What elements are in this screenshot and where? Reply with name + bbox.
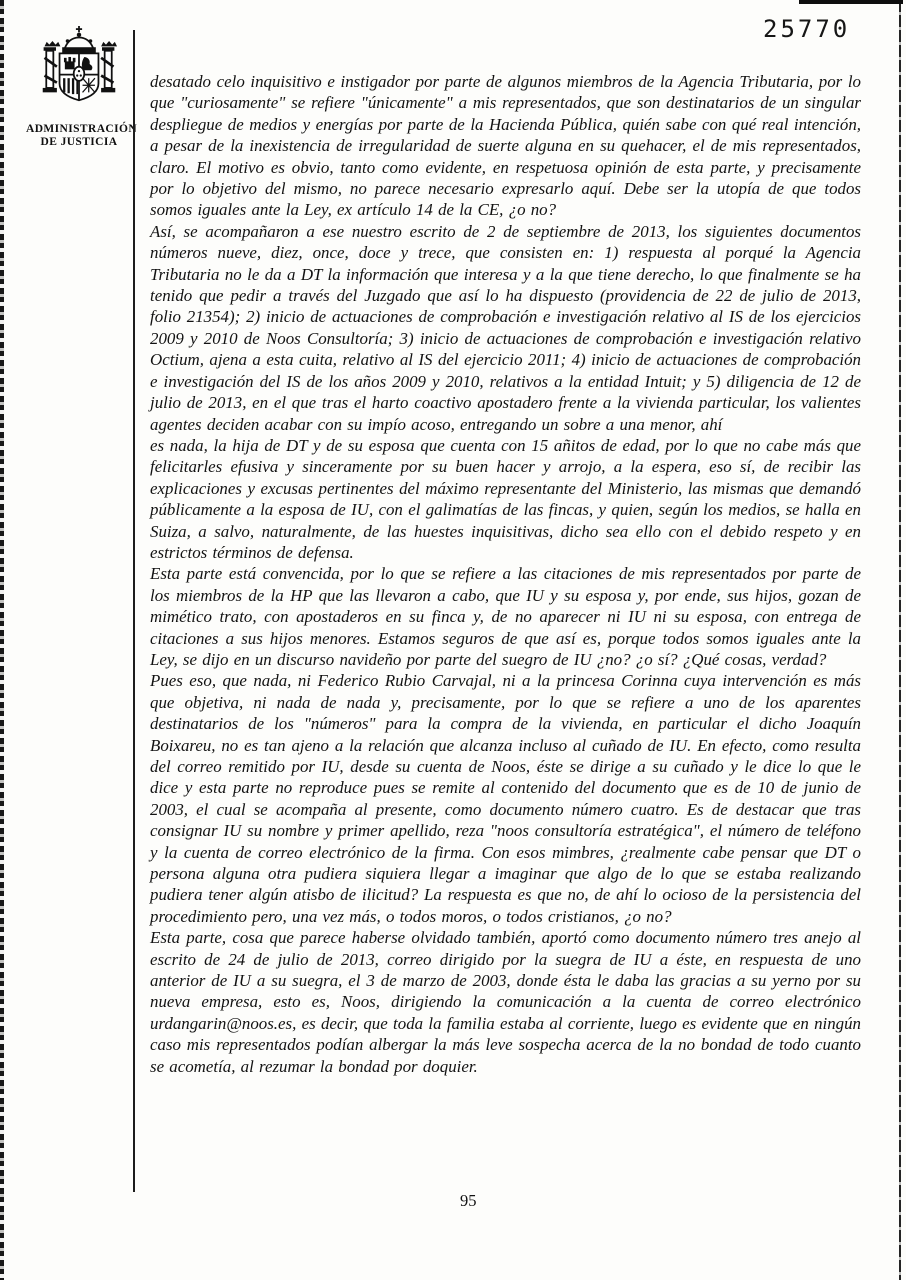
emblem-caption-line1: ADMINISTRACIÓN (26, 123, 132, 136)
letterhead-emblem: ADMINISTRACIÓN DE JUSTICIA (26, 24, 132, 149)
scanned-court-document-page: 25770 (0, 0, 906, 1280)
emblem-caption-line2: DE JUSTICIA (26, 136, 132, 149)
body-paragraph: Esta parte, cosa que parece haberse olvi… (150, 927, 861, 1077)
body-paragraph: Esta parte está convencida, por lo que s… (150, 563, 861, 670)
page-number: 95 (460, 1191, 477, 1211)
margin-divider-line (133, 30, 135, 1192)
spain-coat-of-arms-icon (26, 24, 132, 120)
body-paragraph: desatado celo inquisitivo e instigador p… (150, 71, 861, 221)
scan-artifact-top-bar (799, 0, 903, 4)
scan-edge-artifact-left (0, 0, 4, 1280)
body-paragraph: Así, se acompañaron a ese nuestro escrit… (150, 221, 861, 435)
folio-number: 25770 (763, 15, 850, 43)
scan-edge-artifact-right (899, 0, 901, 1280)
document-body: desatado celo inquisitivo e instigador p… (150, 71, 861, 1077)
body-paragraph: es nada, la hija de DT y de su esposa qu… (150, 435, 861, 563)
body-paragraph: Pues eso, que nada, ni Federico Rubio Ca… (150, 670, 861, 927)
